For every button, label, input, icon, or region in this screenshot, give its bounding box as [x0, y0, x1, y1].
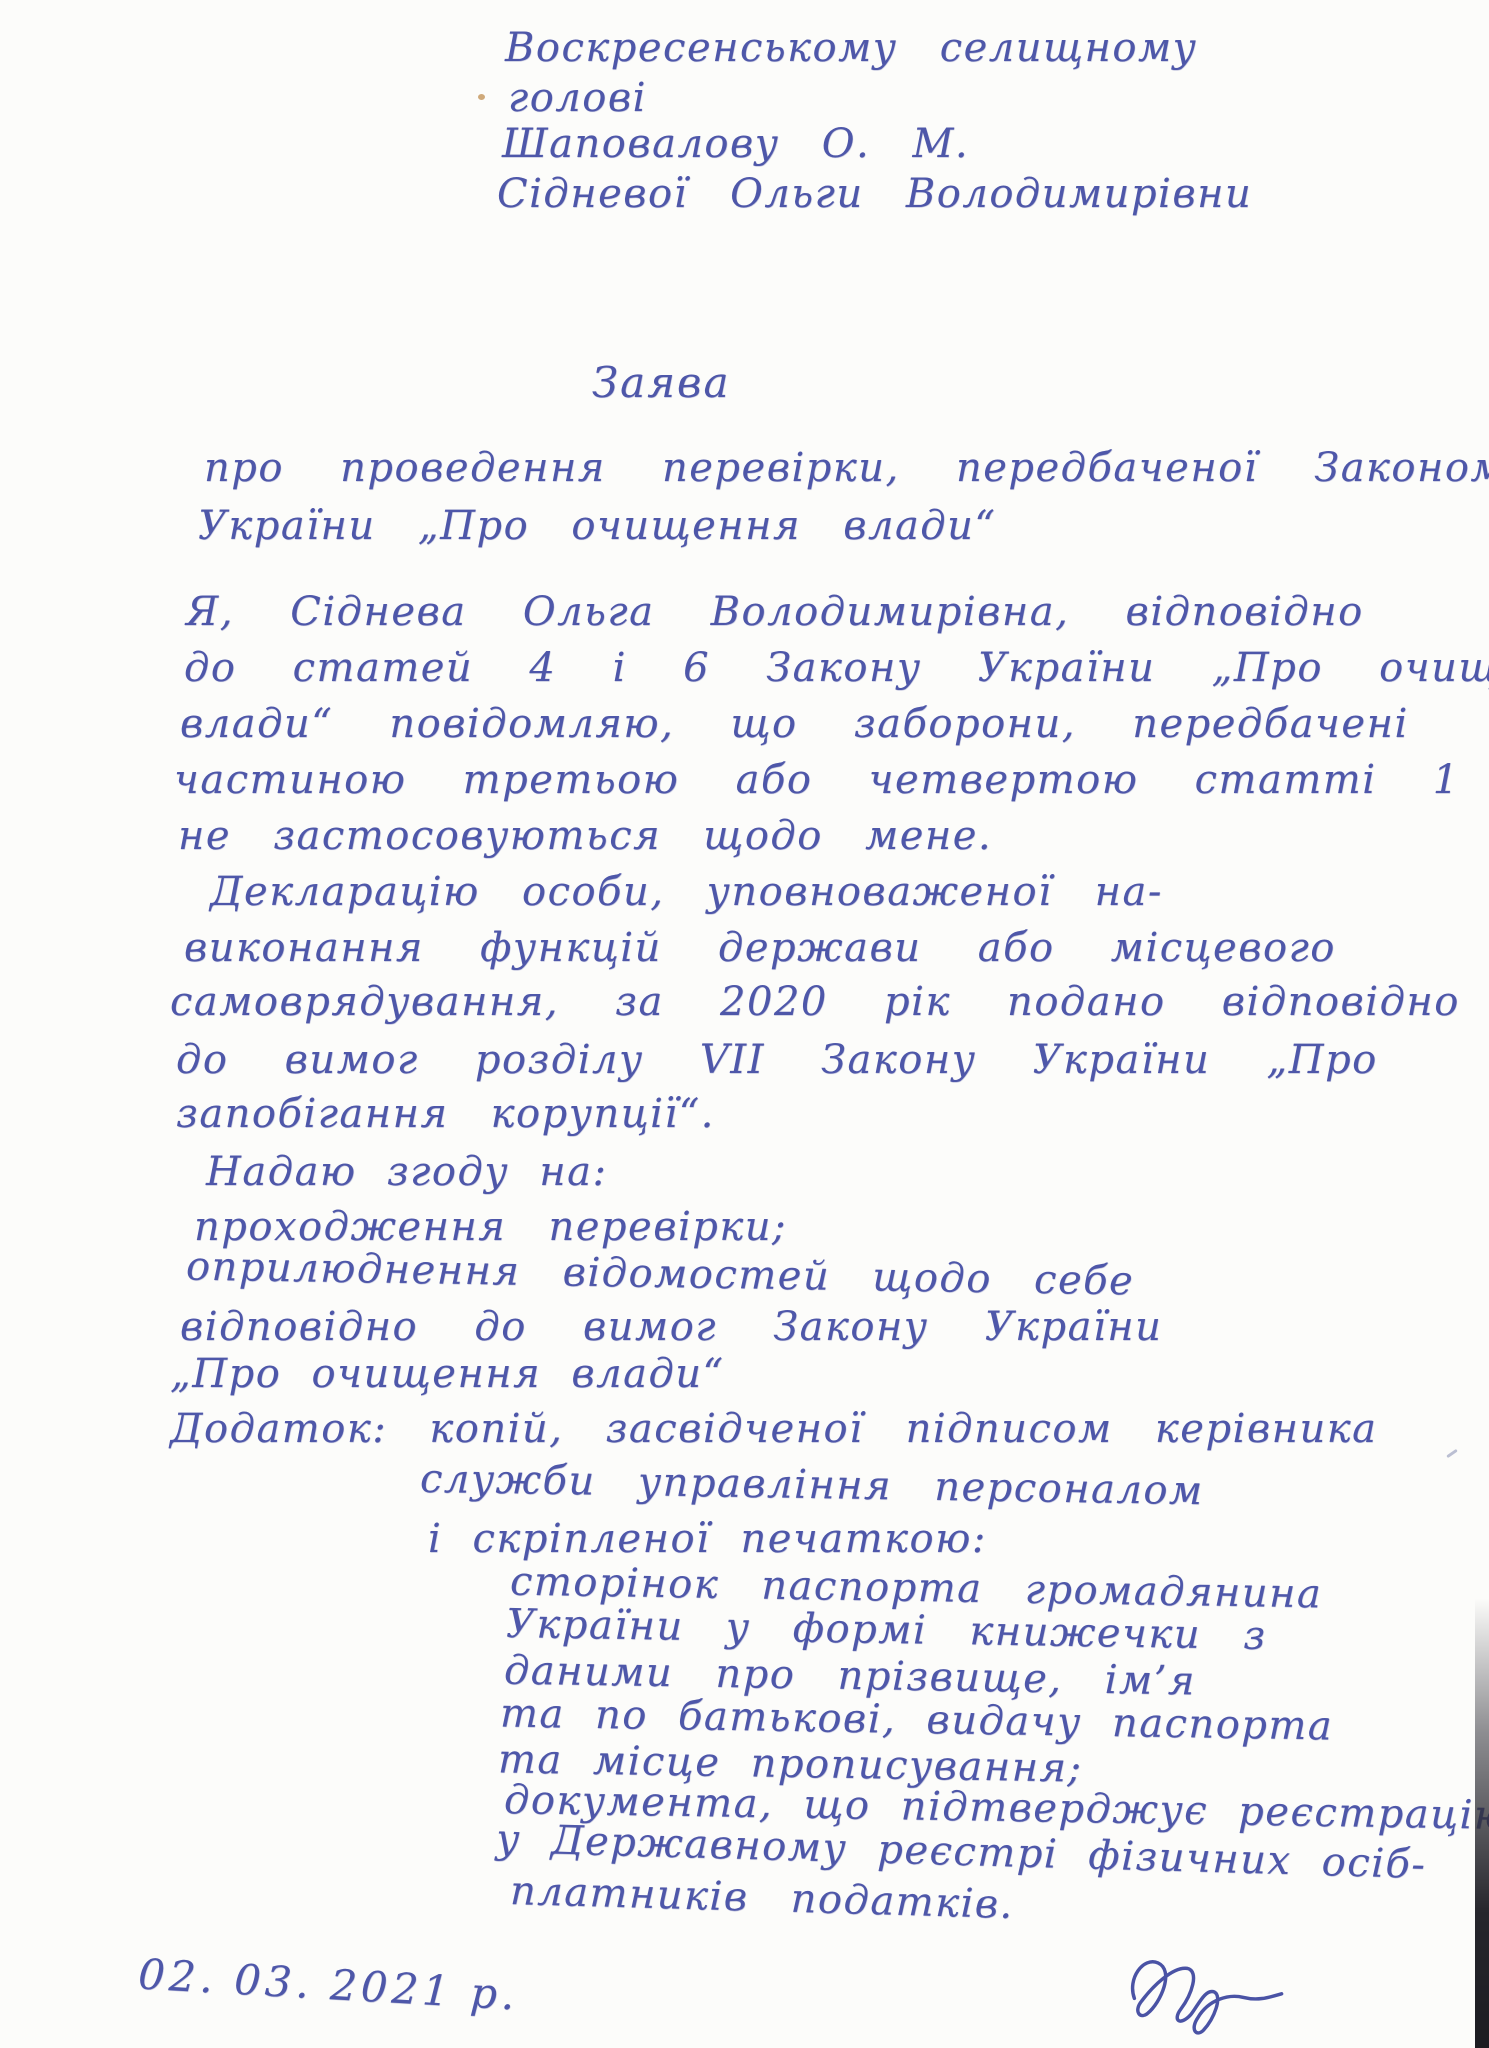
- body-line-4: частиною третьою або четвертою статті 1 …: [174, 758, 1489, 802]
- document-page: Воскресенському селищному голові Шаповал…: [0, 0, 1489, 2048]
- scan-artifact-mark: [1446, 1449, 1458, 1458]
- subject-line-1: про проведення перевірки, передбаченої З…: [204, 446, 1489, 490]
- body-line-17: служби управління персоналом: [420, 1457, 1204, 1513]
- body-line-2: до статей 4 і 6 Закону України „Про очищ…: [184, 646, 1489, 690]
- scan-artifact-speck: [478, 94, 485, 100]
- recipient-line-1: Воскресенському селищному: [505, 26, 1197, 70]
- body-line-12: проходження перевірки;: [194, 1205, 787, 1249]
- body-line-15: „Про очищення влади“: [170, 1352, 725, 1396]
- body-line-16: Додаток: копій, засвідченої підписом кер…: [170, 1407, 1377, 1451]
- subject-line-2: України „Про очищення влади“: [198, 504, 996, 548]
- body-line-14: відповідно до вимог Закону України: [180, 1305, 1162, 1349]
- body-line-9: до вимог розділу VII Закону України „Про: [176, 1038, 1378, 1082]
- body-line-8: самоврядування, за 2020 рік подано відпо…: [170, 980, 1460, 1024]
- date: 02. 03. 2021 р.: [137, 1951, 520, 2018]
- body-line-11: Надаю згоду на:: [206, 1150, 607, 1194]
- body-line-3: влади“ повідомляю, що заборони, передбач…: [180, 702, 1409, 746]
- recipient-line-4: Сідневої Ольги Володимирівни: [497, 172, 1252, 216]
- recipient-line-3: Шаповалову О. М.: [502, 122, 969, 166]
- body-line-6: Декларацію особи, уповноваженої на-: [210, 870, 1163, 914]
- signature: [1098, 1942, 1298, 2042]
- body-line-13: оприлюднення відомостей щодо себе: [186, 1245, 1135, 1304]
- body-line-7: виконання функцій держави або місцевого: [184, 926, 1336, 970]
- body-line-5: не застосовуються щодо мене.: [178, 814, 992, 858]
- scan-edge-shadow: [1475, 1598, 1489, 2048]
- body-line-1: Я, Сіднева Ольга Володимирівна, відповід…: [186, 590, 1364, 634]
- recipient-line-2: голові: [508, 76, 647, 120]
- body-line-26: платників податків.: [509, 1869, 1014, 1927]
- body-line-10: запобігання корупції“.: [176, 1092, 715, 1136]
- document-title: Заява: [592, 360, 731, 406]
- body-line-18: і скріпленої печаткою:: [428, 1517, 987, 1561]
